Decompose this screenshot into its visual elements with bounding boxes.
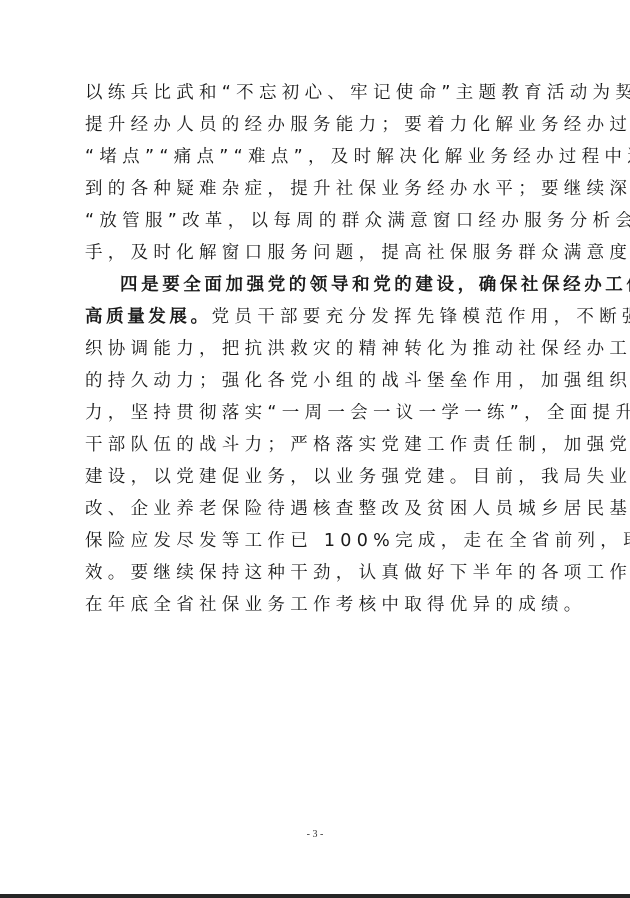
text-line: 改、企业养老保险待遇核查整改及贫困人员城乡居民基本养老 [85, 493, 555, 525]
text-line: 保险应发尽发等工作已 100%完成，走在全省前列，取得显著成 [85, 525, 555, 557]
section-heading: 四是要全面加强党的领导和党的建设，确保社保经办工作 [85, 269, 555, 301]
text-line-rest: 党员干部要充分发挥先锋模范作用，不断强化组 [212, 307, 630, 327]
document-page: 以练兵比武和“不忘初心、牢记使命”主题教育活动为契机， 提升经办人员的经办服务能… [0, 0, 630, 894]
text-line: 力，坚持贯彻落实“一周一会一议一学一练”，全面提升党员 [85, 397, 555, 429]
text-line: “放管服”改革，以每周的群众满意窗口经办服务分析会为抓 [85, 205, 555, 237]
text-line: 手，及时化解窗口服务问题，提高社保服务群众满意度。 [85, 237, 555, 269]
bottom-bar [0, 894, 630, 898]
text-line: 织协调能力，把抗洪救灾的精神转化为推动社保经办工作发展 [85, 333, 555, 365]
page-number: - 3 - [0, 829, 630, 840]
text-line: 以练兵比武和“不忘初心、牢记使命”主题教育活动为契机， [85, 77, 555, 109]
body-text: 以练兵比武和“不忘初心、牢记使命”主题教育活动为契机， 提升经办人员的经办服务能… [85, 77, 555, 621]
text-line: 在年底全省社保业务工作考核中取得优异的成绩。 [85, 589, 555, 621]
text-line: 高质量发展。党员干部要充分发挥先锋模范作用，不断强化组 [85, 301, 555, 333]
text-line: 的持久动力；强化各党小组的战斗堡垒作用，加强组织领导能 [85, 365, 555, 397]
text-line: 到的各种疑难杂症，提升社保业务经办水平；要继续深入开展 [85, 173, 555, 205]
text-line: 建设，以党建促业务，以业务强党建。目前，我局失业审计整 [85, 461, 555, 493]
text-line: 提升经办人员的经办服务能力；要着力化解业务经办过程中的 [85, 109, 555, 141]
text-line: “堵点”“痛点”“难点”，及时解决化解业务经办过程中遇 [85, 141, 555, 173]
text-line: 干部队伍的战斗力；严格落实党建工作责任制，加强党风廉政 [85, 429, 555, 461]
section-heading-end: 高质量发展。 [85, 307, 212, 327]
text-line: 效。要继续保持这种干劲，认真做好下半年的各项工作，确保 [85, 557, 555, 589]
